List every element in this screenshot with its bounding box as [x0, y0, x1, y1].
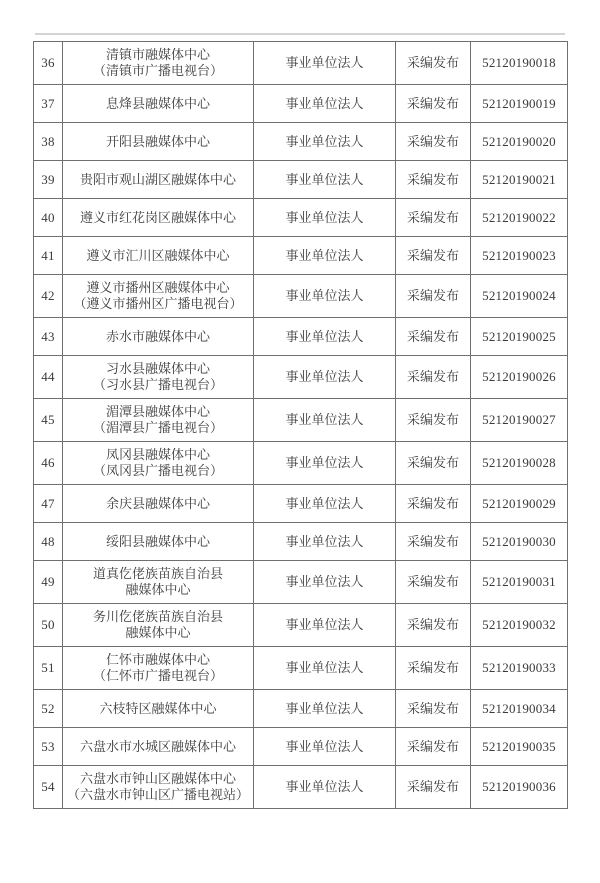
table-row: 37息烽县融媒体中心事业单位法人采编发布52120190019: [34, 85, 568, 123]
service-scope-cell: 采编发布: [396, 728, 471, 766]
org-name-cell: 习水县融媒体中心（习水县广播电视台）: [63, 356, 254, 399]
org-name-line1: 遵义市播州区融媒体中心: [86, 280, 229, 295]
license-number-cell: 52120190033: [471, 647, 568, 690]
row-number-cell: 40: [34, 199, 63, 237]
org-name-cell: 六盘水市水城区融媒体中心: [63, 728, 254, 766]
org-name-line1: 务川仡佬族苗族自治县: [93, 609, 223, 624]
org-name-cell: 遵义市汇川区融媒体中心: [63, 237, 254, 275]
table-row: 40遵义市红花岗区融媒体中心事业单位法人采编发布52120190022: [34, 199, 568, 237]
service-scope-cell: 采编发布: [396, 161, 471, 199]
service-scope-cell: 采编发布: [396, 766, 471, 809]
row-number-cell: 46: [34, 442, 63, 485]
legal-type-cell: 事业单位法人: [254, 766, 396, 809]
legal-type-cell: 事业单位法人: [254, 42, 396, 85]
org-name-line2: （清镇市广播电视台）: [65, 63, 251, 79]
legal-type-cell: 事业单位法人: [254, 356, 396, 399]
org-name-line2: （六盘水市钟山区广播电视站）: [65, 787, 251, 803]
row-number-cell: 42: [34, 275, 63, 318]
table-row: 44习水县融媒体中心（习水县广播电视台）事业单位法人采编发布5212019002…: [34, 356, 568, 399]
table-row: 48绥阳县融媒体中心事业单位法人采编发布52120190030: [34, 523, 568, 561]
org-name-cell: 遵义市播州区融媒体中心（遵义市播州区广播电视台）: [63, 275, 254, 318]
license-number-cell: 52120190035: [471, 728, 568, 766]
license-number-cell: 52120190020: [471, 123, 568, 161]
row-number-cell: 39: [34, 161, 63, 199]
license-number-cell: 52120190034: [471, 690, 568, 728]
license-number-cell: 52120190032: [471, 604, 568, 647]
license-number-cell: 52120190027: [471, 399, 568, 442]
org-name-cell: 余庆县融媒体中心: [63, 485, 254, 523]
table-row: 51仁怀市融媒体中心（仁怀市广播电视台）事业单位法人采编发布5212019003…: [34, 647, 568, 690]
license-number-cell: 52120190021: [471, 161, 568, 199]
service-scope-cell: 采编发布: [396, 199, 471, 237]
table-row: 41遵义市汇川区融媒体中心事业单位法人采编发布52120190023: [34, 237, 568, 275]
legal-type-cell: 事业单位法人: [254, 275, 396, 318]
legal-type-cell: 事业单位法人: [254, 161, 396, 199]
org-name-cell: 绥阳县融媒体中心: [63, 523, 254, 561]
org-name-line1: 凤冈县融媒体中心: [106, 447, 210, 462]
license-number-cell: 52120190031: [471, 561, 568, 604]
row-number-cell: 48: [34, 523, 63, 561]
row-number-cell: 38: [34, 123, 63, 161]
org-name-cell: 遵义市红花岗区融媒体中心: [63, 199, 254, 237]
legal-type-cell: 事业单位法人: [254, 199, 396, 237]
row-number-cell: 51: [34, 647, 63, 690]
table-row: 49道真仡佬族苗族自治县融媒体中心事业单位法人采编发布52120190031: [34, 561, 568, 604]
license-number-cell: 52120190028: [471, 442, 568, 485]
service-scope-cell: 采编发布: [396, 237, 471, 275]
org-name-line2: 融媒体中心: [65, 582, 251, 598]
org-name-line1: 贵阳市观山湖区融媒体中心: [80, 172, 236, 187]
row-number-cell: 50: [34, 604, 63, 647]
media-center-registration-table: 36清镇市融媒体中心（清镇市广播电视台）事业单位法人采编发布5212019001…: [33, 41, 568, 809]
row-number-cell: 37: [34, 85, 63, 123]
row-number-cell: 36: [34, 42, 63, 85]
org-name-cell: 凤冈县融媒体中心（凤冈县广播电视台）: [63, 442, 254, 485]
table-row: 39贵阳市观山湖区融媒体中心事业单位法人采编发布52120190021: [34, 161, 568, 199]
legal-type-cell: 事业单位法人: [254, 647, 396, 690]
org-name-line2: （遵义市播州区广播电视台）: [65, 296, 251, 312]
license-number-cell: 52120190023: [471, 237, 568, 275]
row-number-cell: 53: [34, 728, 63, 766]
legal-type-cell: 事业单位法人: [254, 399, 396, 442]
org-name-line2: （习水县广播电视台）: [65, 377, 251, 393]
org-name-line1: 息烽县融媒体中心: [106, 96, 210, 111]
org-name-line1: 绥阳县融媒体中心: [106, 534, 210, 549]
org-name-cell: 务川仡佬族苗族自治县融媒体中心: [63, 604, 254, 647]
org-name-cell: 道真仡佬族苗族自治县融媒体中心: [63, 561, 254, 604]
table-row: 52六枝特区融媒体中心事业单位法人采编发布52120190034: [34, 690, 568, 728]
license-number-cell: 52120190025: [471, 318, 568, 356]
legal-type-cell: 事业单位法人: [254, 523, 396, 561]
table-row: 38开阳县融媒体中心事业单位法人采编发布52120190020: [34, 123, 568, 161]
legal-type-cell: 事业单位法人: [254, 442, 396, 485]
legal-type-cell: 事业单位法人: [254, 237, 396, 275]
org-name-line2: 融媒体中心: [65, 625, 251, 641]
service-scope-cell: 采编发布: [396, 442, 471, 485]
org-name-cell: 六盘水市钟山区融媒体中心（六盘水市钟山区广播电视站）: [63, 766, 254, 809]
row-number-cell: 54: [34, 766, 63, 809]
row-number-cell: 52: [34, 690, 63, 728]
row-number-cell: 41: [34, 237, 63, 275]
org-name-line1: 道真仡佬族苗族自治县: [93, 566, 223, 581]
service-scope-cell: 采编发布: [396, 604, 471, 647]
legal-type-cell: 事业单位法人: [254, 485, 396, 523]
license-number-cell: 52120190030: [471, 523, 568, 561]
legal-type-cell: 事业单位法人: [254, 690, 396, 728]
org-name-cell: 仁怀市融媒体中心（仁怀市广播电视台）: [63, 647, 254, 690]
org-name-cell: 开阳县融媒体中心: [63, 123, 254, 161]
service-scope-cell: 采编发布: [396, 275, 471, 318]
service-scope-cell: 采编发布: [396, 123, 471, 161]
table-row: 36清镇市融媒体中心（清镇市广播电视台）事业单位法人采编发布5212019001…: [34, 42, 568, 85]
document-page: 36清镇市融媒体中心（清镇市广播电视台）事业单位法人采编发布5212019001…: [0, 0, 600, 883]
table-row: 43赤水市融媒体中心事业单位法人采编发布52120190025: [34, 318, 568, 356]
service-scope-cell: 采编发布: [396, 399, 471, 442]
org-name-line2: （凤冈县广播电视台）: [65, 463, 251, 479]
legal-type-cell: 事业单位法人: [254, 318, 396, 356]
row-number-cell: 44: [34, 356, 63, 399]
legal-type-cell: 事业单位法人: [254, 561, 396, 604]
org-name-line1: 湄潭县融媒体中心: [106, 404, 210, 419]
table-row: 54六盘水市钟山区融媒体中心（六盘水市钟山区广播电视站）事业单位法人采编发布52…: [34, 766, 568, 809]
license-number-cell: 52120190018: [471, 42, 568, 85]
org-name-cell: 贵阳市观山湖区融媒体中心: [63, 161, 254, 199]
legal-type-cell: 事业单位法人: [254, 123, 396, 161]
service-scope-cell: 采编发布: [396, 561, 471, 604]
org-name-line1: 习水县融媒体中心: [106, 361, 210, 376]
legal-type-cell: 事业单位法人: [254, 604, 396, 647]
row-number-cell: 43: [34, 318, 63, 356]
service-scope-cell: 采编发布: [396, 647, 471, 690]
org-name-line2: （湄潭县广播电视台）: [65, 420, 251, 436]
table-row: 50务川仡佬族苗族自治县融媒体中心事业单位法人采编发布52120190032: [34, 604, 568, 647]
table-row: 53六盘水市水城区融媒体中心事业单位法人采编发布52120190035: [34, 728, 568, 766]
table-body: 36清镇市融媒体中心（清镇市广播电视台）事业单位法人采编发布5212019001…: [34, 42, 568, 809]
org-name-line1: 赤水市融媒体中心: [106, 329, 210, 344]
org-name-cell: 赤水市融媒体中心: [63, 318, 254, 356]
service-scope-cell: 采编发布: [396, 485, 471, 523]
org-name-cell: 清镇市融媒体中心（清镇市广播电视台）: [63, 42, 254, 85]
row-number-cell: 49: [34, 561, 63, 604]
service-scope-cell: 采编发布: [396, 356, 471, 399]
license-number-cell: 52120190029: [471, 485, 568, 523]
legal-type-cell: 事业单位法人: [254, 85, 396, 123]
legal-type-cell: 事业单位法人: [254, 728, 396, 766]
org-name-cell: 息烽县融媒体中心: [63, 85, 254, 123]
table-row: 42遵义市播州区融媒体中心（遵义市播州区广播电视台）事业单位法人采编发布5212…: [34, 275, 568, 318]
org-name-line1: 六枝特区融媒体中心: [99, 701, 216, 716]
org-name-line1: 清镇市融媒体中心: [106, 47, 210, 62]
service-scope-cell: 采编发布: [396, 690, 471, 728]
service-scope-cell: 采编发布: [396, 523, 471, 561]
org-name-line1: 遵义市红花岗区融媒体中心: [80, 210, 236, 225]
table-row: 47余庆县融媒体中心事业单位法人采编发布52120190029: [34, 485, 568, 523]
org-name-cell: 湄潭县融媒体中心（湄潭县广播电视台）: [63, 399, 254, 442]
table-row: 46凤冈县融媒体中心（凤冈县广播电视台）事业单位法人采编发布5212019002…: [34, 442, 568, 485]
org-name-cell: 六枝特区融媒体中心: [63, 690, 254, 728]
org-name-line1: 六盘水市水城区融媒体中心: [80, 739, 236, 754]
org-name-line2: （仁怀市广播电视台）: [65, 668, 251, 684]
org-name-line1: 遵义市汇川区融媒体中心: [86, 248, 229, 263]
service-scope-cell: 采编发布: [396, 85, 471, 123]
row-number-cell: 45: [34, 399, 63, 442]
service-scope-cell: 采编发布: [396, 318, 471, 356]
org-name-line1: 开阳县融媒体中心: [106, 134, 210, 149]
license-number-cell: 52120190026: [471, 356, 568, 399]
table-row: 45湄潭县融媒体中心（湄潭县广播电视台）事业单位法人采编发布5212019002…: [34, 399, 568, 442]
org-name-line1: 六盘水市钟山区融媒体中心: [80, 771, 236, 786]
org-name-line1: 余庆县融媒体中心: [106, 496, 210, 511]
license-number-cell: 52120190019: [471, 85, 568, 123]
service-scope-cell: 采编发布: [396, 42, 471, 85]
row-number-cell: 47: [34, 485, 63, 523]
license-number-cell: 52120190022: [471, 199, 568, 237]
license-number-cell: 52120190036: [471, 766, 568, 809]
cropped-row-remnant-line: [35, 33, 565, 35]
license-number-cell: 52120190024: [471, 275, 568, 318]
org-name-line1: 仁怀市融媒体中心: [106, 652, 210, 667]
